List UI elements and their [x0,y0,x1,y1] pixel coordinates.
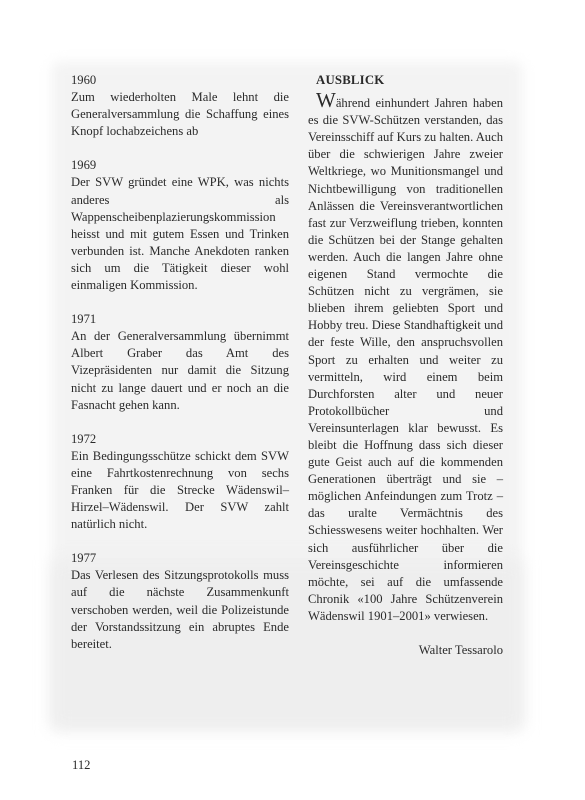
chronicle-entry-1971: 1971 An der Generalversammlung übernimmt… [71,311,289,414]
page-number: 112 [72,758,90,773]
entry-text: An der Generalversammlung übernimmt Albe… [71,328,289,413]
entry-text: Das Verlesen des Sitzungsprotokolls muss… [71,567,289,652]
drop-cap: W [316,88,336,112]
chronicle-entry-1972: 1972 Ein Bedingungsschütze schickt dem S… [71,431,289,534]
entry-year: 1977 [71,550,289,567]
entry-text: Ein Bedingungsschütze schickt dem SVW ei… [71,448,289,533]
entry-text: Der SVW gründet eine WPK, was nichts and… [71,174,289,294]
outlook-text: ährend einhundert Jahren haben es die SV… [308,96,503,623]
author-signature: Walter Tessarolo [308,642,503,659]
chronicle-entry-1960: 1960 Zum wiederholten Male lehnt die Gen… [71,72,289,140]
chronicle-column: 1960 Zum wiederholten Male lehnt die Gen… [71,72,289,670]
outlook-column: AUSBLICK Während einhundert Jahren haben… [308,72,503,659]
entry-year: 1969 [71,157,289,174]
outlook-body: Während einhundert Jahren haben es die S… [308,93,503,625]
section-heading: AUSBLICK [316,72,503,89]
entry-year: 1972 [71,431,289,448]
chronicle-entry-1977: 1977 Das Verlesen des Sitzungsprotokolls… [71,550,289,653]
entry-year: 1971 [71,311,289,328]
entry-year: 1960 [71,72,289,89]
entry-text: Zum wiederholten Male lehnt die Generalv… [71,89,289,140]
chronicle-entry-1969: 1969 Der SVW gründet eine WPK, was nicht… [71,157,289,294]
